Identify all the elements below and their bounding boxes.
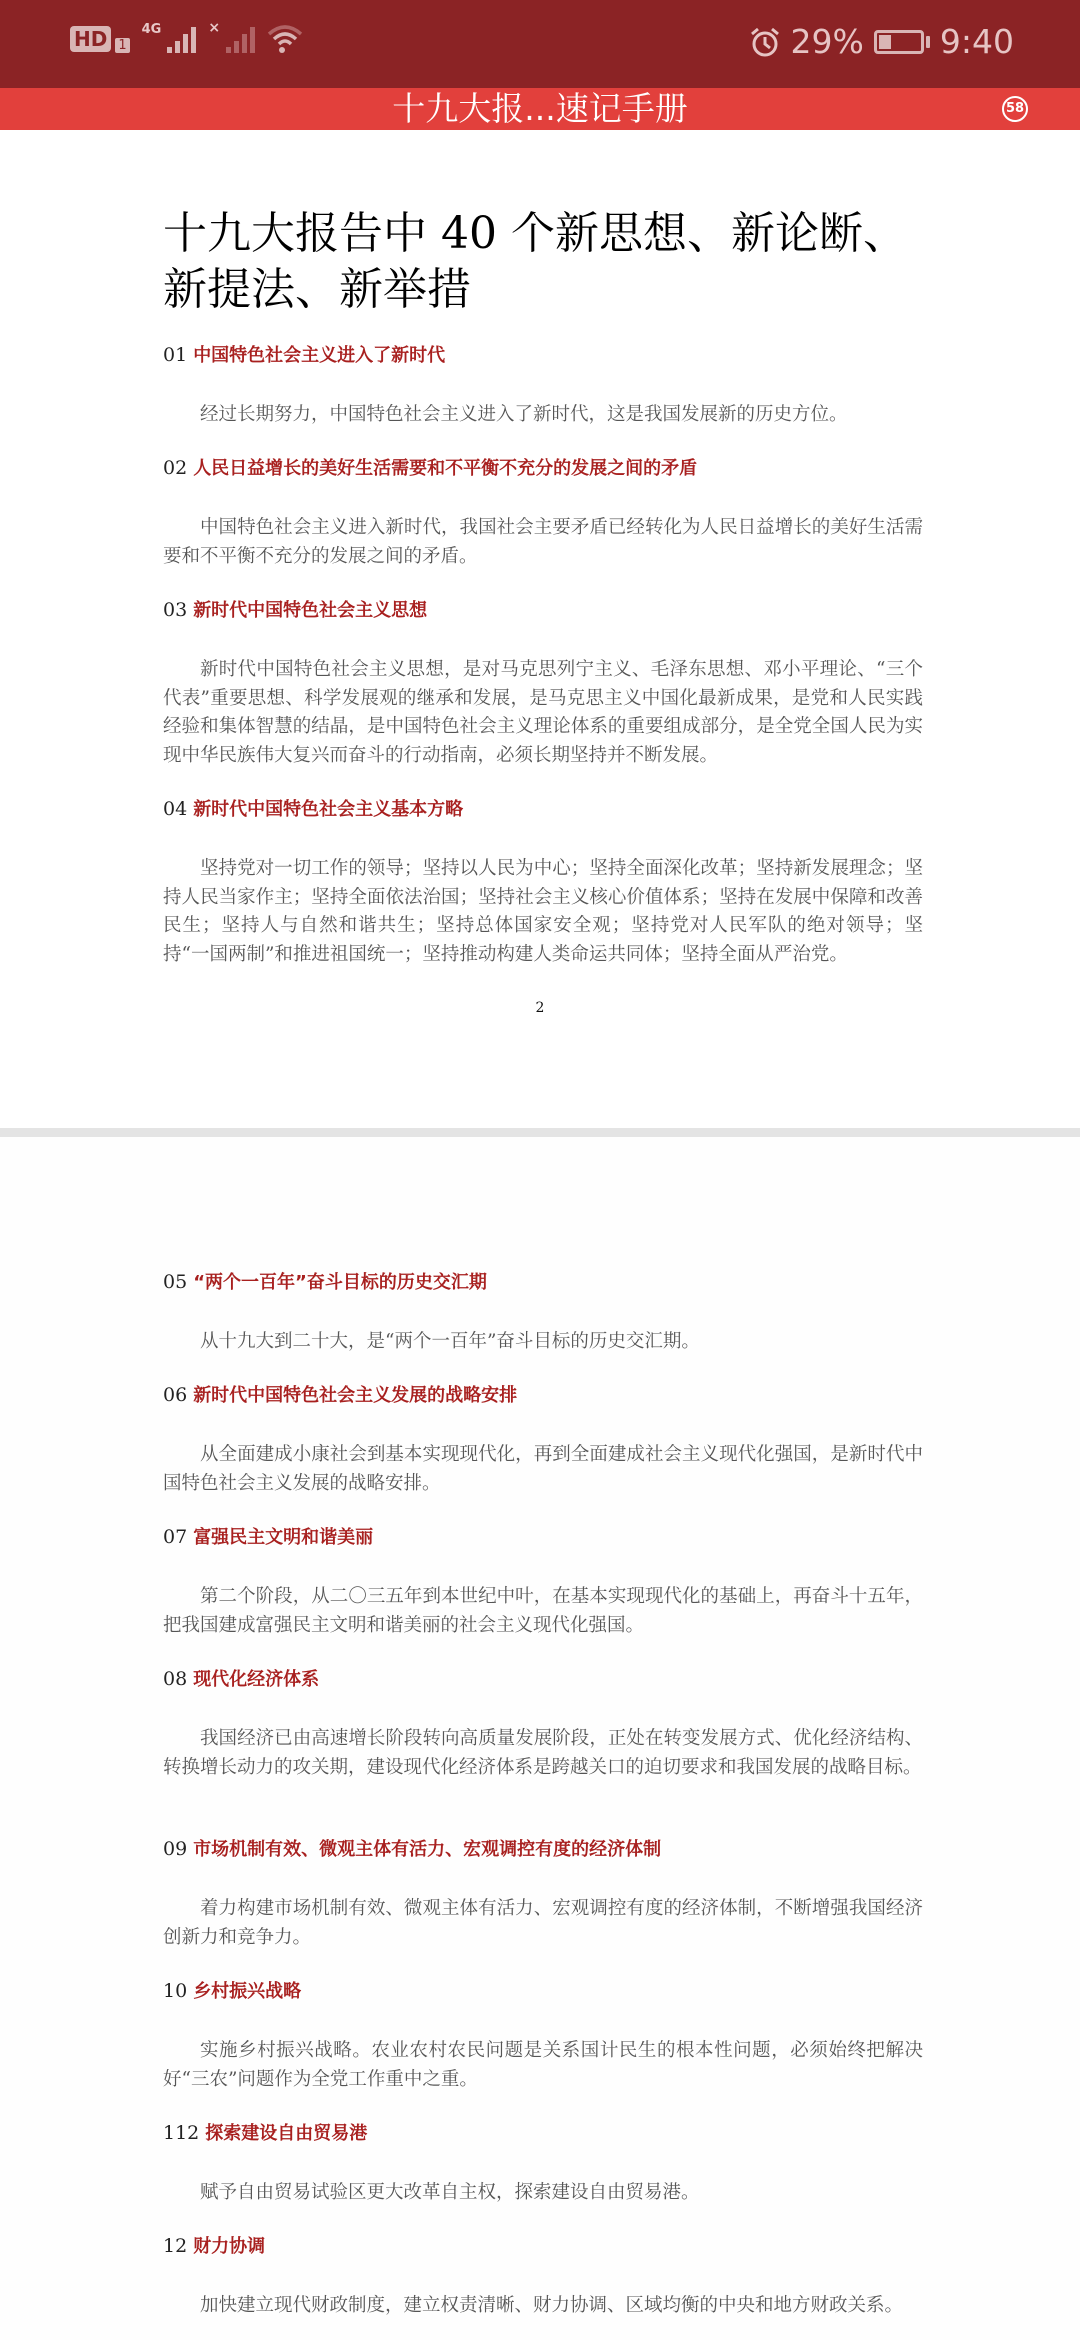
- item-number: 12: [163, 2235, 187, 2257]
- alarm-icon: [749, 26, 781, 58]
- network-type-label: 4G: [142, 22, 162, 37]
- item-body: 经过长期努力，中国特色社会主义进入了新时代，这是我国发展新的历史方位。: [163, 401, 923, 430]
- document-page-3: 05“两个一百年”奋斗目标的历史交汇期 从十九大到二十大，是“两个一百年”奋斗目…: [0, 1137, 1080, 2340]
- item-number: 07: [163, 1526, 187, 1548]
- item-heading: 08现代化经济体系: [163, 1666, 923, 1693]
- signal-no-sim-icon: [226, 25, 255, 53]
- item-title: 市场机制有效、微观主体有活力、宏观调控有度的经济体制: [193, 1839, 661, 1860]
- hd-volte-icon: HD: [70, 26, 111, 52]
- item-title: 新时代中国特色社会主义思想: [193, 600, 427, 621]
- list-item: 112探索建设自由贸易港 赋予自由贸易试验区更大改革自主权，探索建设自由贸易港。: [163, 2120, 923, 2208]
- item-number: 112: [163, 2122, 199, 2144]
- list-item: 04新时代中国特色社会主义基本方略 坚持党对一切工作的领导；坚持以人民为中心；坚…: [163, 796, 923, 969]
- item-heading: 10乡村振兴战略: [163, 1978, 923, 2005]
- page-number: 2: [0, 1000, 1080, 1016]
- item-number: 03: [163, 599, 187, 621]
- status-bar: HD 1 4G × 29% 9:40: [0, 0, 1080, 88]
- list-item: 08现代化经济体系 我国经济已由高速增长阶段转向高质量发展阶段，正处在转变发展方…: [163, 1666, 923, 1782]
- item-body: 加快建立现代财政制度，建立权责清晰、财力协调、区域均衡的中央和地方财政关系。: [163, 2292, 923, 2321]
- item-heading: 02人民日益增长的美好生活需要和不平衡不充分的发展之间的矛盾: [163, 455, 923, 482]
- battery-icon: [874, 30, 924, 54]
- item-title: 新时代中国特色社会主义基本方略: [193, 799, 463, 820]
- list-item: 02人民日益增长的美好生活需要和不平衡不充分的发展之间的矛盾 中国特色社会主义进…: [163, 455, 923, 571]
- status-left-icons: HD 1 4G ×: [70, 24, 303, 54]
- item-body: 第二个阶段，从二〇三五年到本世纪中叶，在基本实现现代化的基础上，再奋斗十五年，把…: [163, 1583, 923, 1640]
- item-title: 探索建设自由贸易港: [205, 2123, 367, 2144]
- item-body: 实施乡村振兴战略。农业农村农民问题是关系国计民生的根本性问题，必须始终把解决好“…: [163, 2037, 923, 2094]
- list-item: 09市场机制有效、微观主体有活力、宏观调控有度的经济体制 着力构建市场机制有效、…: [163, 1836, 923, 1952]
- item-number: 06: [163, 1384, 187, 1406]
- item-title: 现代化经济体系: [193, 1669, 319, 1690]
- item-body: 从十九大到二十大，是“两个一百年”奋斗目标的历史交汇期。: [163, 1328, 923, 1357]
- list-item: 01中国特色社会主义进入了新时代 经过长期努力，中国特色社会主义进入了新时代，这…: [163, 342, 923, 430]
- item-body: 从全面建成小康社会到基本实现现代化，再到全面建成社会主义现代化强国，是新时代中国…: [163, 1441, 923, 1498]
- document-title-bar[interactable]: 十九大报...速记手册: [0, 90, 1080, 128]
- item-heading: 07富强民主文明和谐美丽: [163, 1524, 923, 1551]
- item-number: 04: [163, 798, 187, 820]
- item-number: 08: [163, 1668, 187, 1690]
- item-body: 坚持党对一切工作的领导；坚持以人民为中心；坚持全面深化改革；坚持新发展理念；坚持…: [163, 855, 923, 969]
- item-heading: 03新时代中国特色社会主义思想: [163, 597, 923, 624]
- item-heading: 112探索建设自由贸易港: [163, 2120, 923, 2147]
- item-number: 02: [163, 457, 187, 479]
- sim-slot-icon: 1: [115, 38, 129, 53]
- item-title: 乡村振兴战略: [193, 1981, 301, 2002]
- item-title: 财力协调: [193, 2236, 265, 2257]
- list-item: 07富强民主文明和谐美丽 第二个阶段，从二〇三五年到本世纪中叶，在基本实现现代化…: [163, 1524, 923, 1640]
- page-separator: [0, 1128, 1080, 1137]
- wifi-icon: [267, 24, 303, 54]
- item-title: 新时代中国特色社会主义发展的战略安排: [193, 1385, 517, 1406]
- document-page-2: 十九大报告中 40 个新思想、新论断、新提法、新举措 01中国特色社会主义进入了…: [0, 130, 1080, 1128]
- list-item: 03新时代中国特色社会主义思想 新时代中国特色社会主义思想，是对马克思列宁主义、…: [163, 597, 923, 770]
- item-body: 中国特色社会主义进入新时代，我国社会主要矛盾已经转化为人民日益增长的美好生活需要…: [163, 514, 923, 571]
- list-item: 05“两个一百年”奋斗目标的历史交汇期 从十九大到二十大，是“两个一百年”奋斗目…: [163, 1269, 923, 1357]
- item-number: 05: [163, 1271, 187, 1293]
- item-number: 01: [163, 344, 187, 366]
- status-right-icons: 29% 9:40: [749, 22, 1014, 61]
- item-heading: 09市场机制有效、微观主体有活力、宏观调控有度的经济体制: [163, 1836, 923, 1863]
- item-heading: 05“两个一百年”奋斗目标的历史交汇期: [163, 1269, 923, 1296]
- item-heading: 06新时代中国特色社会主义发展的战略安排: [163, 1382, 923, 1409]
- item-title: “两个一百年”奋斗目标的历史交汇期: [193, 1272, 487, 1293]
- item-body: 着力构建市场机制有效、微观主体有活力、宏观调控有度的经济体制，不断增强我国经济创…: [163, 1895, 923, 1952]
- item-number: 09: [163, 1838, 187, 1860]
- list-item: 12财力协调 加快建立现代财政制度，建立权责清晰、财力协调、区域均衡的中央和地方…: [163, 2233, 923, 2321]
- app-bar: 十九大报...速记手册 58: [0, 88, 1080, 130]
- item-heading: 04新时代中国特色社会主义基本方略: [163, 796, 923, 823]
- no-sim-x-icon: ×: [208, 20, 220, 36]
- item-body: 新时代中国特色社会主义思想，是对马克思列宁主义、毛泽东思想、邓小平理论、“三个代…: [163, 656, 923, 770]
- page-title: 十九大报告中 40 个新思想、新论断、新提法、新举措: [163, 206, 923, 318]
- item-body: 赋予自由贸易试验区更大改革自主权，探索建设自由贸易港。: [163, 2179, 923, 2208]
- signal-4g-icon: [167, 25, 196, 53]
- battery-percent: 29%: [791, 22, 864, 61]
- item-title: 人民日益增长的美好生活需要和不平衡不充分的发展之间的矛盾: [193, 458, 697, 479]
- item-number: 10: [163, 1980, 187, 2002]
- item-title: 富强民主文明和谐美丽: [193, 1527, 373, 1548]
- list-item: 06新时代中国特色社会主义发展的战略安排 从全面建成小康社会到基本实现现代化，再…: [163, 1382, 923, 1498]
- item-heading: 12财力协调: [163, 2233, 923, 2260]
- item-heading: 01中国特色社会主义进入了新时代: [163, 342, 923, 369]
- clock-time: 9:40: [940, 22, 1014, 61]
- item-title: 中国特色社会主义进入了新时代: [193, 345, 445, 366]
- page-count-badge[interactable]: 58: [1002, 96, 1028, 122]
- item-body: 我国经济已由高速增长阶段转向高质量发展阶段，正处在转变发展方式、优化经济结构、转…: [163, 1725, 923, 1782]
- list-item: 10乡村振兴战略 实施乡村振兴战略。农业农村农民问题是关系国计民生的根本性问题，…: [163, 1978, 923, 2094]
- battery-tip: [926, 36, 930, 48]
